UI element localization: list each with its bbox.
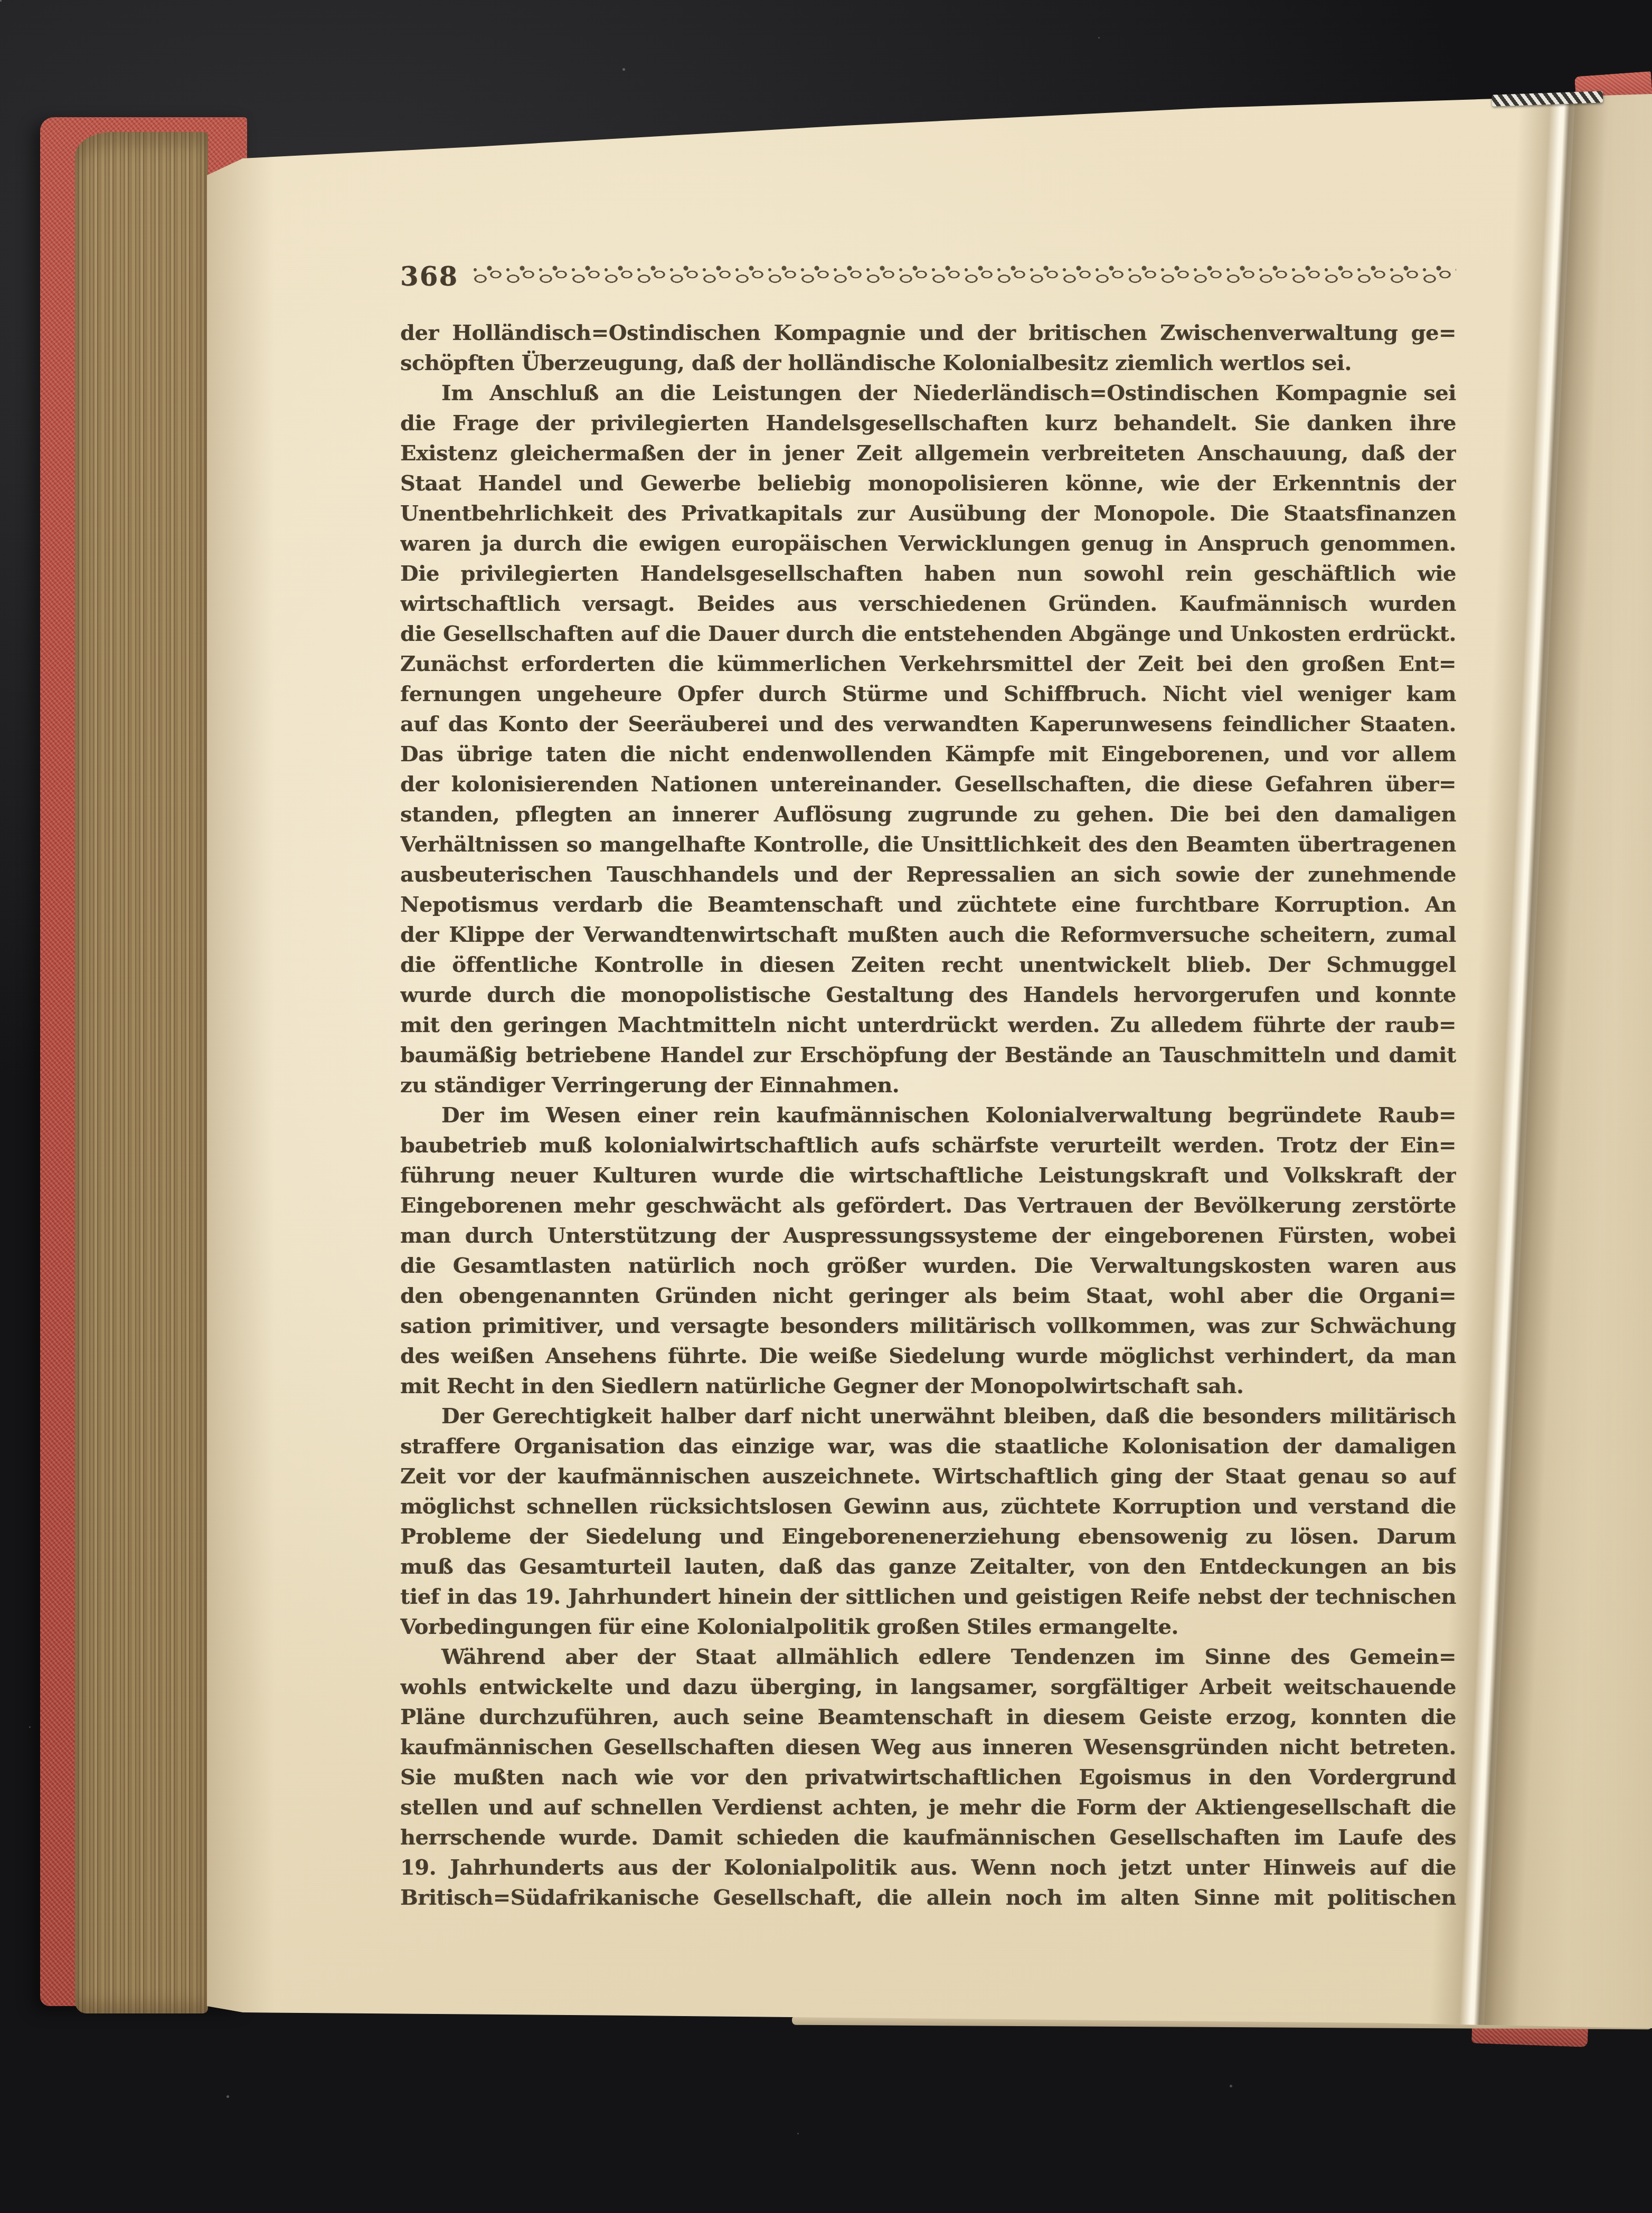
text-line: man durch Unterstützung der Auspressungs…	[400, 1221, 1456, 1251]
text-line: sation primitiver, und versagte besonder…	[400, 1311, 1456, 1341]
text-line: waren ja durch die ewigen europäischen V…	[400, 528, 1456, 559]
text-line: tief in das 19. Jahrhundert hinein der s…	[400, 1582, 1456, 1612]
text-line: Eingeborenen mehr geschwächt als geförde…	[400, 1190, 1456, 1221]
text-line: Britisch=Südafrikanische Gesellschaft, d…	[400, 1883, 1456, 1913]
text-line: der Klippe der Verwandtenwirtschaft mußt…	[400, 920, 1456, 950]
text-line: den obengenannten Gründen nicht geringer…	[400, 1281, 1456, 1311]
page-header: 368	[400, 260, 1456, 292]
text-line: Im Anschluß an die Leistungen der Nieder…	[400, 378, 1456, 408]
book-page: 368 der Holländisch=Ostindischen Kompagn…	[0, 0, 1652, 2213]
text-line: Der im Wesen einer rein kaufmännischen K…	[400, 1100, 1456, 1130]
text-line: Die privilegierten Handelsgesellschaften…	[400, 559, 1456, 589]
text-line: schöpften Überzeugung, daß der holländis…	[400, 348, 1456, 378]
text-line: Pläne durchzuführen, auch seine Beamtens…	[400, 1702, 1456, 1732]
text-line: die Gesamtlasten natürlich noch größer w…	[400, 1251, 1456, 1281]
text-line: Das übrige taten die nicht endenwollende…	[400, 739, 1456, 769]
text-line: muß das Gesamturteil lauten, daß das gan…	[400, 1552, 1456, 1582]
text-line: baubetrieb muß kolonialwirtschaftlich au…	[400, 1130, 1456, 1160]
ornament-band-icon	[472, 261, 1456, 291]
text-line: standen, pflegten an innerer Auflösung z…	[400, 799, 1456, 829]
text-line: die öffentliche Kontrolle in diesen Zeit…	[400, 950, 1456, 980]
text-line: Unentbehrlichkeit des Privatkapitals zur…	[400, 498, 1456, 528]
page-number: 368	[400, 261, 458, 292]
text-line: wurde durch die monopolistische Gestaltu…	[400, 980, 1456, 1010]
text-line: baumäßig betriebene Handel zur Erschöpfu…	[400, 1040, 1456, 1070]
text-line: Der Gerechtigkeit halber darf nicht uner…	[400, 1401, 1456, 1431]
page-edges-stack	[75, 132, 208, 2013]
text-line: Zeit vor der kaufmännischen auszeichnete…	[400, 1461, 1456, 1491]
text-line: Existenz gleichermaßen der in jener Zeit…	[400, 438, 1456, 468]
text-line: fernungen ungeheure Opfer durch Stürme u…	[400, 679, 1456, 709]
text-line: zu ständiger Verringerung der Einnahmen.	[400, 1070, 1456, 1100]
text-line: möglichst schnellen rücksichtslosen Gewi…	[400, 1491, 1456, 1521]
text-line: Sie mußten nach wie vor den privatwirtsc…	[400, 1762, 1456, 1792]
text-line: Während aber der Staat allmählich edlere…	[400, 1642, 1456, 1672]
text-line: Staat Handel und Gewerbe beliebig monopo…	[400, 468, 1456, 498]
text-line: die Frage der privilegierten Handelsgese…	[400, 408, 1456, 438]
text-line: herrschende wurde. Damit schieden die ka…	[400, 1822, 1456, 1852]
text-line: stellen und auf schnellen Verdienst acht…	[400, 1792, 1456, 1822]
text-line: straffere Organisation das einzige war, …	[400, 1431, 1456, 1461]
text-line: kaufmännischen Gesellschaften diesen Weg…	[400, 1732, 1456, 1762]
text-line: mit den geringen Machtmitteln nicht unte…	[400, 1010, 1456, 1040]
text-line: Verhältnissen so mangelhafte Kontrolle, …	[400, 829, 1456, 859]
text-line: Vorbedingungen für eine Kolonialpolitik …	[400, 1612, 1456, 1642]
text-line: wohls entwickelte und dazu überging, in …	[400, 1672, 1456, 1702]
text-line: mit Recht in den Siedlern natürliche Geg…	[400, 1371, 1456, 1401]
text-line: auf das Konto der Seeräuberei und des ve…	[400, 709, 1456, 739]
text-line: ausbeuterischen Tauschhandels und der Re…	[400, 859, 1456, 890]
text-line: Nepotismus verdarb die Beamtenschaft und…	[400, 890, 1456, 920]
text-line: des weißen Ansehens führte. Die weiße Si…	[400, 1341, 1456, 1371]
text-line: Zunächst erforderten die kümmerlichen Ve…	[400, 649, 1456, 679]
page-inner-shadow	[201, 132, 275, 2022]
text-line: Probleme der Siedelung und Eingeborenene…	[400, 1521, 1456, 1552]
dust-specks	[0, 0, 2, 2]
text-line: die Gesellschaften auf die Dauer durch d…	[400, 619, 1456, 649]
text-line: führung neuer Kulturen wurde die wirtsch…	[400, 1160, 1456, 1190]
body-text: der Holländisch=Ostindischen Kompagnie u…	[400, 318, 1456, 1913]
text-line: der Holländisch=Ostindischen Kompagnie u…	[400, 318, 1456, 348]
text-block: 368 der Holländisch=Ostindischen Kompagn…	[400, 260, 1456, 1913]
text-line: wirtschaftlich versagt. Beides aus versc…	[400, 589, 1456, 619]
text-line: der kolonisierenden Nationen untereinand…	[400, 769, 1456, 799]
text-line: 19. Jahrhunderts aus der Kolonialpolitik…	[400, 1852, 1456, 1883]
photo-background: 368 der Holländisch=Ostindischen Kompagn…	[0, 0, 1652, 2213]
